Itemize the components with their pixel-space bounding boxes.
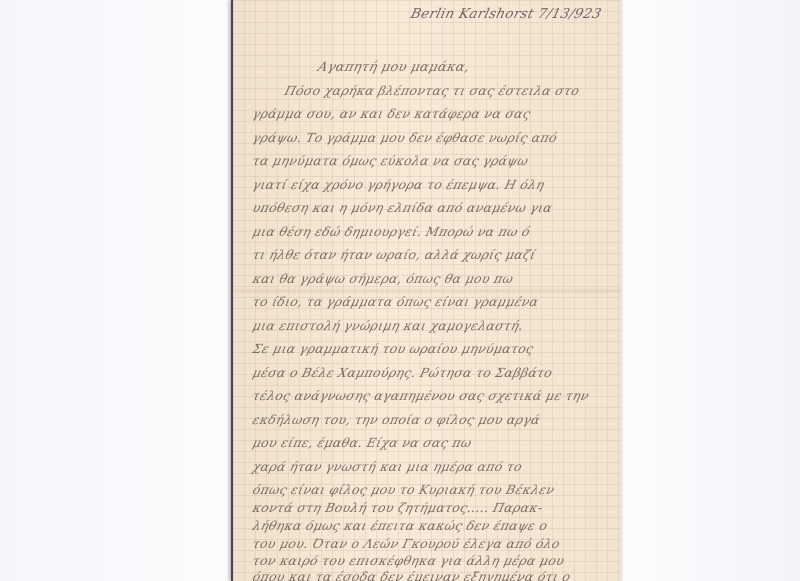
- letter-line: Σε μια γραμματική του ωραίου μηνύματος: [251, 341, 535, 356]
- letter-line: όπου και τα έσοδα δεν έμειναν εξηγημένα …: [251, 569, 572, 581]
- letter-line: τι ήλθε όταν ήταν ωραίο, αλλά χωρίς μαζί: [251, 247, 537, 262]
- letter-line: μια επιστολή γνώριμη και χαμογελαστή.: [251, 318, 525, 333]
- letter-line: κοντά στη Βουλή του ζητήματος..... Παρακ…: [251, 500, 544, 515]
- letter-line: το ίδιο, τα γράμματα όπως είναι γραμμένα: [251, 294, 540, 309]
- letter-line: Πόσο χαρήκα βλέποντας τι σας έστειλα στο: [283, 83, 581, 98]
- letter-line: όπως είναι φίλος μου το Κυριακή του Βέκλ…: [251, 482, 556, 497]
- letter-page: Berlin Karlshorst 7/13/923 Αγαπητή μου μ…: [231, 0, 621, 581]
- letter-line: του μου. Όταν ο Λεών Γκουρού έλεγα από ό…: [251, 536, 562, 551]
- letter-line: γράμμα σου, αν και δεν κατάφερα να σας: [251, 106, 532, 121]
- letter-line: γράψω. Το γράμμα μου δεν έφθασε νωρίς απ…: [251, 130, 559, 145]
- letter-line: μου είπε, έμαθα. Είχα να σας πω: [251, 435, 473, 450]
- letter-line: και θα γράψω σήμερα, όπως θα μου πω: [251, 271, 515, 286]
- letter-line: χαρά ήταν γνωστή και μια ημέρα από το: [251, 459, 524, 474]
- letter-line: μια θέση εδώ δημιουργεί. Μπορώ να πω ό: [251, 224, 532, 239]
- letter-line: εκδήλωση του, την οποία ο φίλος μου αργά: [251, 412, 542, 427]
- letter-line: τέλος ανάγνωσης αγαπημένου σας σχετικά μ…: [251, 388, 591, 403]
- letter-line: τον καιρό του επισκέφθηκα για άλλη μέρα …: [251, 553, 566, 568]
- letter-line: υπόθεση και η μόνη ελπίδα από αναμένω γι…: [251, 200, 554, 215]
- letter-line: γιατί είχα χρόνο γρήγορα το έπεμψα. Η όλ…: [251, 177, 546, 192]
- letter-dateline: Berlin Karlshorst 7/13/923: [409, 6, 603, 22]
- letter-line: μέσα ο Βέλε Χαμπούρης. Ρώτησα το Σαββάτο: [251, 365, 554, 380]
- letter-line: τα μηνύματα όμως εύκολα να σας γράψω: [251, 153, 530, 168]
- letter-salutation: Αγαπητή μου μαμάκα,: [316, 60, 471, 75]
- letter-line: λήθηκα όμως και έπειτα κακώς δεν έπαψε ο: [251, 518, 549, 533]
